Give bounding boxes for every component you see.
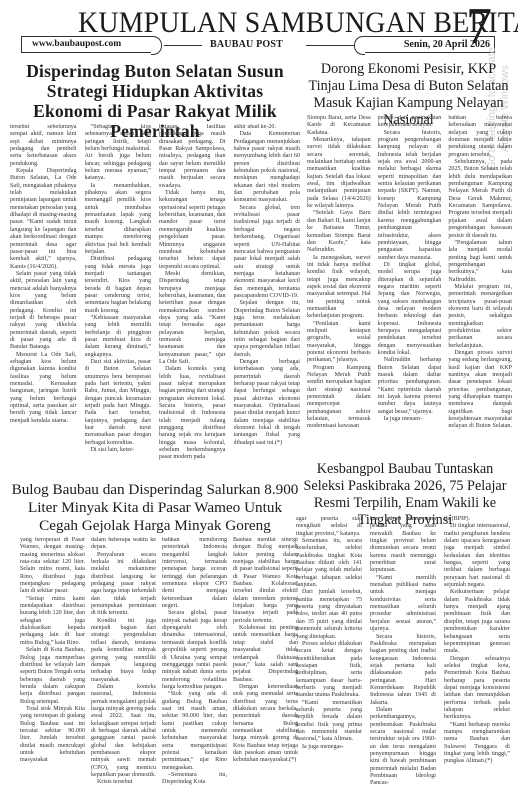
paragraph: “Setelah Gaya Baru dan Bahari II, kami l… xyxy=(307,210,371,254)
publication-date: Senin, 20 April 2026 xyxy=(362,36,495,53)
paragraph: “Kami berharap mereka mampu mengharumkan… xyxy=(444,722,510,766)
paragraph: batasan fasilitas pendukung juga masih d… xyxy=(159,124,226,190)
paragraph: “Pengalaman tahun lalu menjadi modal pen… xyxy=(448,240,512,284)
paragraph: Ia juga menegas- xyxy=(296,744,362,751)
paragraph: Secara global, tren revitalisasi pasar t… xyxy=(234,205,301,300)
paragraph: “Penilaian kami meliputi kesiapan geogra… xyxy=(307,321,371,365)
newspaper-brand: BAUBAU POST xyxy=(210,37,283,52)
paragraph: “Kami memastikan seluruh peserta yang te… xyxy=(296,700,362,744)
paragraph: Di tingkat global, model serupa juga dit… xyxy=(378,262,442,357)
paragraph: Menariknya, tahapan survei tidak dilakuk… xyxy=(307,137,371,210)
article-headline: Bulog Baubau dan Disperindag Salurkan 8.… xyxy=(10,481,300,535)
paragraph: akhir abad ke-20. xyxy=(234,124,301,131)
paragraph: kan bahwa nama-nama peserta yang akan me… xyxy=(370,516,436,575)
paragraph: Dalam perkembangannya, pembentukan Paski… xyxy=(370,707,436,788)
header-rule-right xyxy=(306,45,354,46)
paragraph: pesisir dan peningkatan kesejahteraan ne… xyxy=(378,115,442,130)
paragraph: Program Kampung Nelayan Merah Putih send… xyxy=(307,365,371,431)
paragraph: Sejalan dengan itu, Disperindag Buton Se… xyxy=(234,300,301,359)
article-column: pesisir dan peningkatan kesejahteraan ne… xyxy=(378,115,442,431)
article-column: yang beroperasi di Pasar Wameo, dengan m… xyxy=(20,537,85,799)
paragraph: Tidak hanya itu, kekurangan tenaga opera… xyxy=(159,190,226,271)
paragraph: Ia menegaskan, survei ini tidak hanya me… xyxy=(307,255,371,321)
article-column: batasan fasilitas pendukung juga masih d… xyxy=(159,124,226,479)
paragraph: ila (BPIP). xyxy=(444,516,510,523)
paragraph: Sementara itu, secara keseluruhan, selek… xyxy=(296,538,362,589)
paragraph: Ia juga menam- xyxy=(378,416,442,423)
paragraph: Melalui program ini, pemerintah menarget… xyxy=(448,284,512,350)
paragraph: Sebelumnya, pada 2025, Buton Selatan tel… xyxy=(448,159,512,240)
paragraph: “Kebiasaan masyarakat yang lebih memilih… xyxy=(85,315,152,359)
article-column: bahkan mendorong pemerintah Indonesia me… xyxy=(162,537,227,799)
paragraph: Dalam konteks nasional, Indonesia pernah… xyxy=(91,684,156,779)
paragraph: Kolaborasi ini penting untuk memastikan … xyxy=(233,625,298,684)
paragraph: Dengan ketersediaan stok yang memadai se… xyxy=(233,684,298,765)
paragraph: dalam beberapa waktu ke depan. xyxy=(91,537,156,552)
masthead: KUMPULAN SAMBUNGAN BERITA 7 www.baubaupo… xyxy=(0,0,518,58)
paragraph: Penyaluran secara berkala ini dilakukan … xyxy=(91,552,156,618)
paragraph: Dengan berbagai keterbatasan yang ada, p… xyxy=(234,359,301,447)
paragraph: “Stok yang ada di gudang Bulog Baubau sa… xyxy=(162,691,227,772)
paragraph: Secara global, pasar minyak nabati juga … xyxy=(162,610,227,691)
paragraph: Baubau menilai sinergi dengan Bulog menj… xyxy=(233,537,298,625)
website-url[interactable]: www.baubaupost.com xyxy=(21,36,155,53)
article-column: “Sebagian kios sebenarnya sudah ada jari… xyxy=(85,124,152,479)
paragraph: Kondisi ini juga menjadi bagian dari str… xyxy=(91,618,156,684)
paragraph: Menurut La Ode Safi, sebagian kios belum… xyxy=(10,352,77,425)
paragraph: Di tingkat internasional, tradisi pengib… xyxy=(444,523,510,589)
paragraph: Kepala Disperindag Buton Selatan, La Ode… xyxy=(10,168,77,271)
section-title: KUMPULAN SAMBUNGAN BERITA xyxy=(78,6,518,40)
paragraph: “Sebagian kios sebenarnya sudah ada jari… xyxy=(85,124,152,183)
paragraph: Siompu Barat, serta Desa Kaofe di Kecama… xyxy=(307,115,371,137)
paragraph: bahkan mendorong pemerintah Indonesia me… xyxy=(162,537,227,610)
paragraph: Secara historis, Paskibraka merupakan ba… xyxy=(370,634,436,707)
paragraph: Meski demikian, Disperindag tetap berupa… xyxy=(159,271,226,366)
paragraph: Ia menambahkan, pihaknya akan segera mem… xyxy=(85,183,152,256)
paragraph: bahkan bahwa keberadaan masyarakat nelay… xyxy=(448,115,512,159)
paragraph: Nafiruddin berharap Buton Selatan dapat … xyxy=(378,357,442,416)
paragraph: Dari sisi aktivitas, pasar di Buton Sela… xyxy=(85,359,152,447)
paragraph: –Sementara itu, Disperindag Kota xyxy=(162,772,227,787)
article-body: agar peserta siap mengikuti seleksi di t… xyxy=(296,516,510,800)
paragraph: yang beroperasi di Pasar Wameo, dengan m… xyxy=(20,537,85,596)
article-column: ila (BPIP). Di tingkat internasional, tr… xyxy=(444,516,510,800)
paragraph: Dalam konteks yang lebih luas, revitalis… xyxy=(159,366,226,461)
paragraph: Selain pasar yang tidak aktif, persoalan… xyxy=(10,271,77,352)
article-column: bahkan bahwa keberadaan masyarakat nelay… xyxy=(448,115,512,431)
article-column: kan bahwa nama-nama peserta yang akan me… xyxy=(370,516,436,800)
paragraph: Dengan proses survei yang sedang berlang… xyxy=(448,350,512,431)
paragraph: Secara historis, program pengembangan ka… xyxy=(378,130,442,262)
article-body: tersebut sebelumnya sempat aktif, namun … xyxy=(10,124,300,479)
paragraph: Krisis tersebut xyxy=(91,779,156,786)
article-body: Siompu Barat, serta Desa Kaofe di Kecama… xyxy=(307,115,512,431)
paragraph: Proses seleksi dilakukan secara ketat de… xyxy=(296,641,362,700)
paragraph: agar peserta siap mengikuti seleksi di t… xyxy=(296,516,362,538)
paragraph: Di sisi lain, keter- xyxy=(85,447,152,454)
paragraph: tersebut sebelumnya sempat aktif, namun … xyxy=(10,124,77,168)
article-column: akhir abad ke-20. Data Kementerian Perda… xyxy=(234,124,301,479)
paragraph: Dari jumlah tersebut, panitia menetapkan… xyxy=(296,589,362,640)
article-column: tersebut sebelumnya sempat aktif, namun … xyxy=(10,124,77,479)
paragraph: Data Kementerian Perdagangan menunjukkan… xyxy=(234,131,301,204)
paragraph: “Setiap mitra kami mendapatkan distribus… xyxy=(20,596,85,647)
header-rule-left xyxy=(164,45,202,46)
paragraph: Total stok Minyak Kita yang tersimpan di… xyxy=(20,706,85,765)
article-column: agar peserta siap mengikuti seleksi di t… xyxy=(296,516,362,800)
paragraph: Dengan selesainya seleksi tingkat kota, … xyxy=(444,656,510,722)
article-column: Siompu Barat, serta Desa Kaofe di Kecama… xyxy=(307,115,371,431)
paragraph: Keikutsertaan pelajar dalam Paskibraka t… xyxy=(444,589,510,655)
article-body: yang beroperasi di Pasar Wameo, dengan m… xyxy=(20,537,300,799)
article-bulog-minyak-kita: Bulog Baubau dan Disperindag Salurkan 8.… xyxy=(10,481,300,535)
paragraph: “Kami memilih menahan publikasi nama unt… xyxy=(370,575,436,634)
paragraph: Selain di Kota Baubau, Bulog juga memper… xyxy=(20,647,85,706)
article-column: Baubau menilai sinergi dengan Bulog menj… xyxy=(233,537,298,799)
paragraph: Distribusi pedagang yang tidak merata ju… xyxy=(85,256,152,315)
article-column: dalam beberapa waktu ke depan. Penyalura… xyxy=(91,537,156,799)
